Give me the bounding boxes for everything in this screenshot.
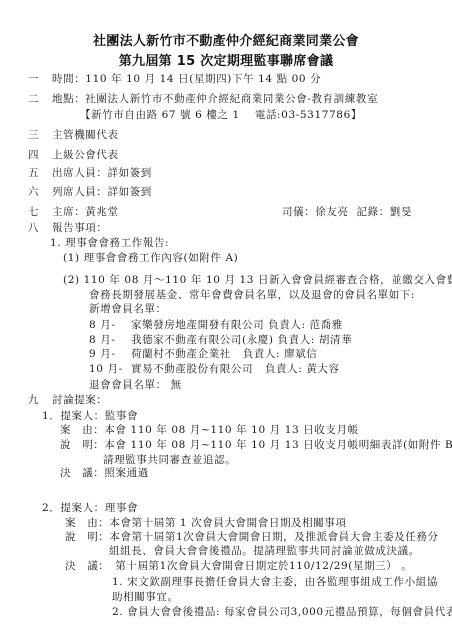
withdrawn-label: 退會會員名單： bbox=[89, 379, 167, 391]
member-month: 8 月- bbox=[89, 333, 131, 347]
item-text: 上級公會代表 bbox=[52, 149, 119, 161]
item-text: 時間：110 年 10 月 14 日(星期四)下午 14 點 00 分 bbox=[52, 73, 321, 85]
member-owner: 負責人: 黃大容 bbox=[265, 363, 340, 375]
member-owner: 負責人: 胡清華 bbox=[278, 334, 353, 346]
item-number: 七 bbox=[28, 205, 52, 219]
report-heading: 1. 理事會會務工作報告: bbox=[50, 236, 169, 250]
resolution-item-1: 1. 宋文欽副理事長擔任會員大會主委，由各監理事組成工作小組協 bbox=[112, 575, 438, 589]
member-company: 家樂發房地產開發有限公司 bbox=[131, 319, 264, 331]
new-member-row: 8 月-家樂發房地產開發有限公司 負責人: 范喬雅 bbox=[89, 318, 343, 332]
resolution-item-2: 2. 會員大會會後禮品: 每家會員公司3,000元禮品預算，每個會員代表 bbox=[112, 605, 452, 619]
withdrawn-members: 退會會員名單： 無 bbox=[89, 378, 182, 392]
recorder: 記錄：劉旻 bbox=[357, 206, 413, 218]
item-text: 主席：黃兆堂 bbox=[52, 206, 119, 218]
item-text: 列席人員：詳如簽到 bbox=[52, 186, 152, 198]
proposal-2-explanation-cont: 組組長、會員大會會後禮品。提請理監事共同討論並做成決議。 bbox=[109, 544, 420, 558]
item-attendees: 五出席人員：詳如簽到 bbox=[28, 166, 152, 180]
proposal-1-explanation: 說 明：本會 110 年 08 月~110 年 10 月 13 日收支月帳明細表… bbox=[60, 438, 452, 452]
item-observers: 六列席人員：詳如簽到 bbox=[28, 185, 152, 199]
item-number: 四 bbox=[28, 148, 52, 162]
item-number: 二 bbox=[28, 92, 52, 106]
item-text: 出席人員：詳如簽到 bbox=[52, 167, 152, 179]
proposal-2-proposer: 2．提案人：理事會 bbox=[42, 501, 138, 515]
item-number: 五 bbox=[28, 166, 52, 180]
proposal-1-resolution: 決 議：照案通過 bbox=[60, 466, 149, 480]
member-owner: 負責人: 范喬雅 bbox=[268, 319, 343, 331]
member-company: 我德家不動產有限公司(永慶) bbox=[131, 334, 274, 346]
report-item-1: (1) 理事會會務工作內容(如附件 A) bbox=[63, 251, 238, 265]
item-location: 二地點：社團法人新竹市不動產仲介經紀商業同業公會-教育訓練教室 bbox=[28, 92, 378, 106]
item-reports: 八報告事項： bbox=[28, 221, 108, 235]
proposal-2-resolution: 決 議： 第十屆第1次會員大會開會日期定於110/12/29(星期三） 。 bbox=[65, 559, 412, 573]
item-text: 主管機關代表 bbox=[52, 129, 119, 141]
meeting-title: 第九屆第 15 次定期理監事聯席會議 bbox=[0, 50, 452, 69]
new-member-row: 10 月-實易不動產股份有限公司 負責人: 黃大容 bbox=[89, 362, 340, 376]
report-item-2-cont: 會務長期發展基金、常年會費會員名單，以及退會的會員名單如下: bbox=[89, 288, 415, 302]
item-number: 六 bbox=[28, 185, 52, 199]
officials: 司儀：徐友亮 記錄：劉旻 bbox=[282, 205, 412, 219]
item-upper-assoc: 四上級公會代表 bbox=[28, 148, 119, 162]
item-text: 地點：社團法人新竹市不動產仲介經紀商業同業公會-教育訓練教室 bbox=[52, 93, 378, 105]
member-owner: 負責人: 廖斌信 bbox=[243, 348, 318, 360]
proposal-2-explanation: 說 明：本會第十屆第1次會員大會開會日期，及推派會員大會主委及任務分 bbox=[65, 530, 439, 544]
item-number: 三 bbox=[28, 128, 52, 142]
proposal-1-explanation-cont: 請理監事共同審查並追認。 bbox=[103, 453, 236, 467]
mc: 司儀：徐友亮 bbox=[282, 206, 349, 218]
item-number: 一 bbox=[28, 72, 52, 86]
member-month: 10 月- bbox=[89, 362, 131, 376]
member-company: 實易不動產股份有限公司 bbox=[131, 363, 253, 375]
new-member-row: 9 月-荷蘭村不動產企業社 負責人: 廖斌信 bbox=[89, 347, 317, 361]
discussion-heading: 討論提案： bbox=[52, 394, 108, 406]
item-number: 八 bbox=[28, 221, 52, 235]
item-authority: 三主管機關代表 bbox=[28, 128, 119, 142]
member-month: 9 月- bbox=[89, 347, 131, 361]
discussion-section: 九討論提案： bbox=[28, 393, 108, 407]
proposal-1-proposer: 1．提案人：監事會 bbox=[42, 409, 138, 423]
member-month: 8 月- bbox=[89, 318, 131, 332]
proposal-2-reason: 案 由：本會第十屆第 1 次會員大會開會日期及相關事項 bbox=[65, 516, 347, 530]
item-chair: 七主席：黃兆堂 bbox=[28, 205, 119, 219]
item-time: 一時間：110 年 10 月 14 日(星期四)下午 14 點 00 分 bbox=[28, 72, 321, 86]
new-member-row: 8 月-我德家不動產有限公司(永慶) 負責人: 胡清華 bbox=[89, 333, 352, 347]
member-company: 荷蘭村不動產企業社 bbox=[131, 348, 231, 360]
item-text: 報告事項： bbox=[52, 222, 108, 234]
item-number: 九 bbox=[28, 393, 52, 407]
withdrawn-value: 無 bbox=[171, 379, 182, 391]
report-item-2: (2) 110 年 08 月～110 年 10 月 13 日新入會會員經審查合格… bbox=[63, 273, 452, 287]
address-phone: 【新竹市自由路 67 號 6 樓之 1 電話:03-5317786】 bbox=[80, 108, 362, 122]
proposal-1-reason: 案 由：本會 110 年 08 月~110 年 10 月 13 日收支月帳 bbox=[60, 423, 359, 437]
org-title: 社團法人新竹市不動產仲介經紀商業同業公會 bbox=[0, 30, 452, 49]
new-members-label: 新增會員名單： bbox=[89, 302, 167, 316]
resolution-item-1-cont: 助相關事宜。 bbox=[112, 590, 179, 604]
